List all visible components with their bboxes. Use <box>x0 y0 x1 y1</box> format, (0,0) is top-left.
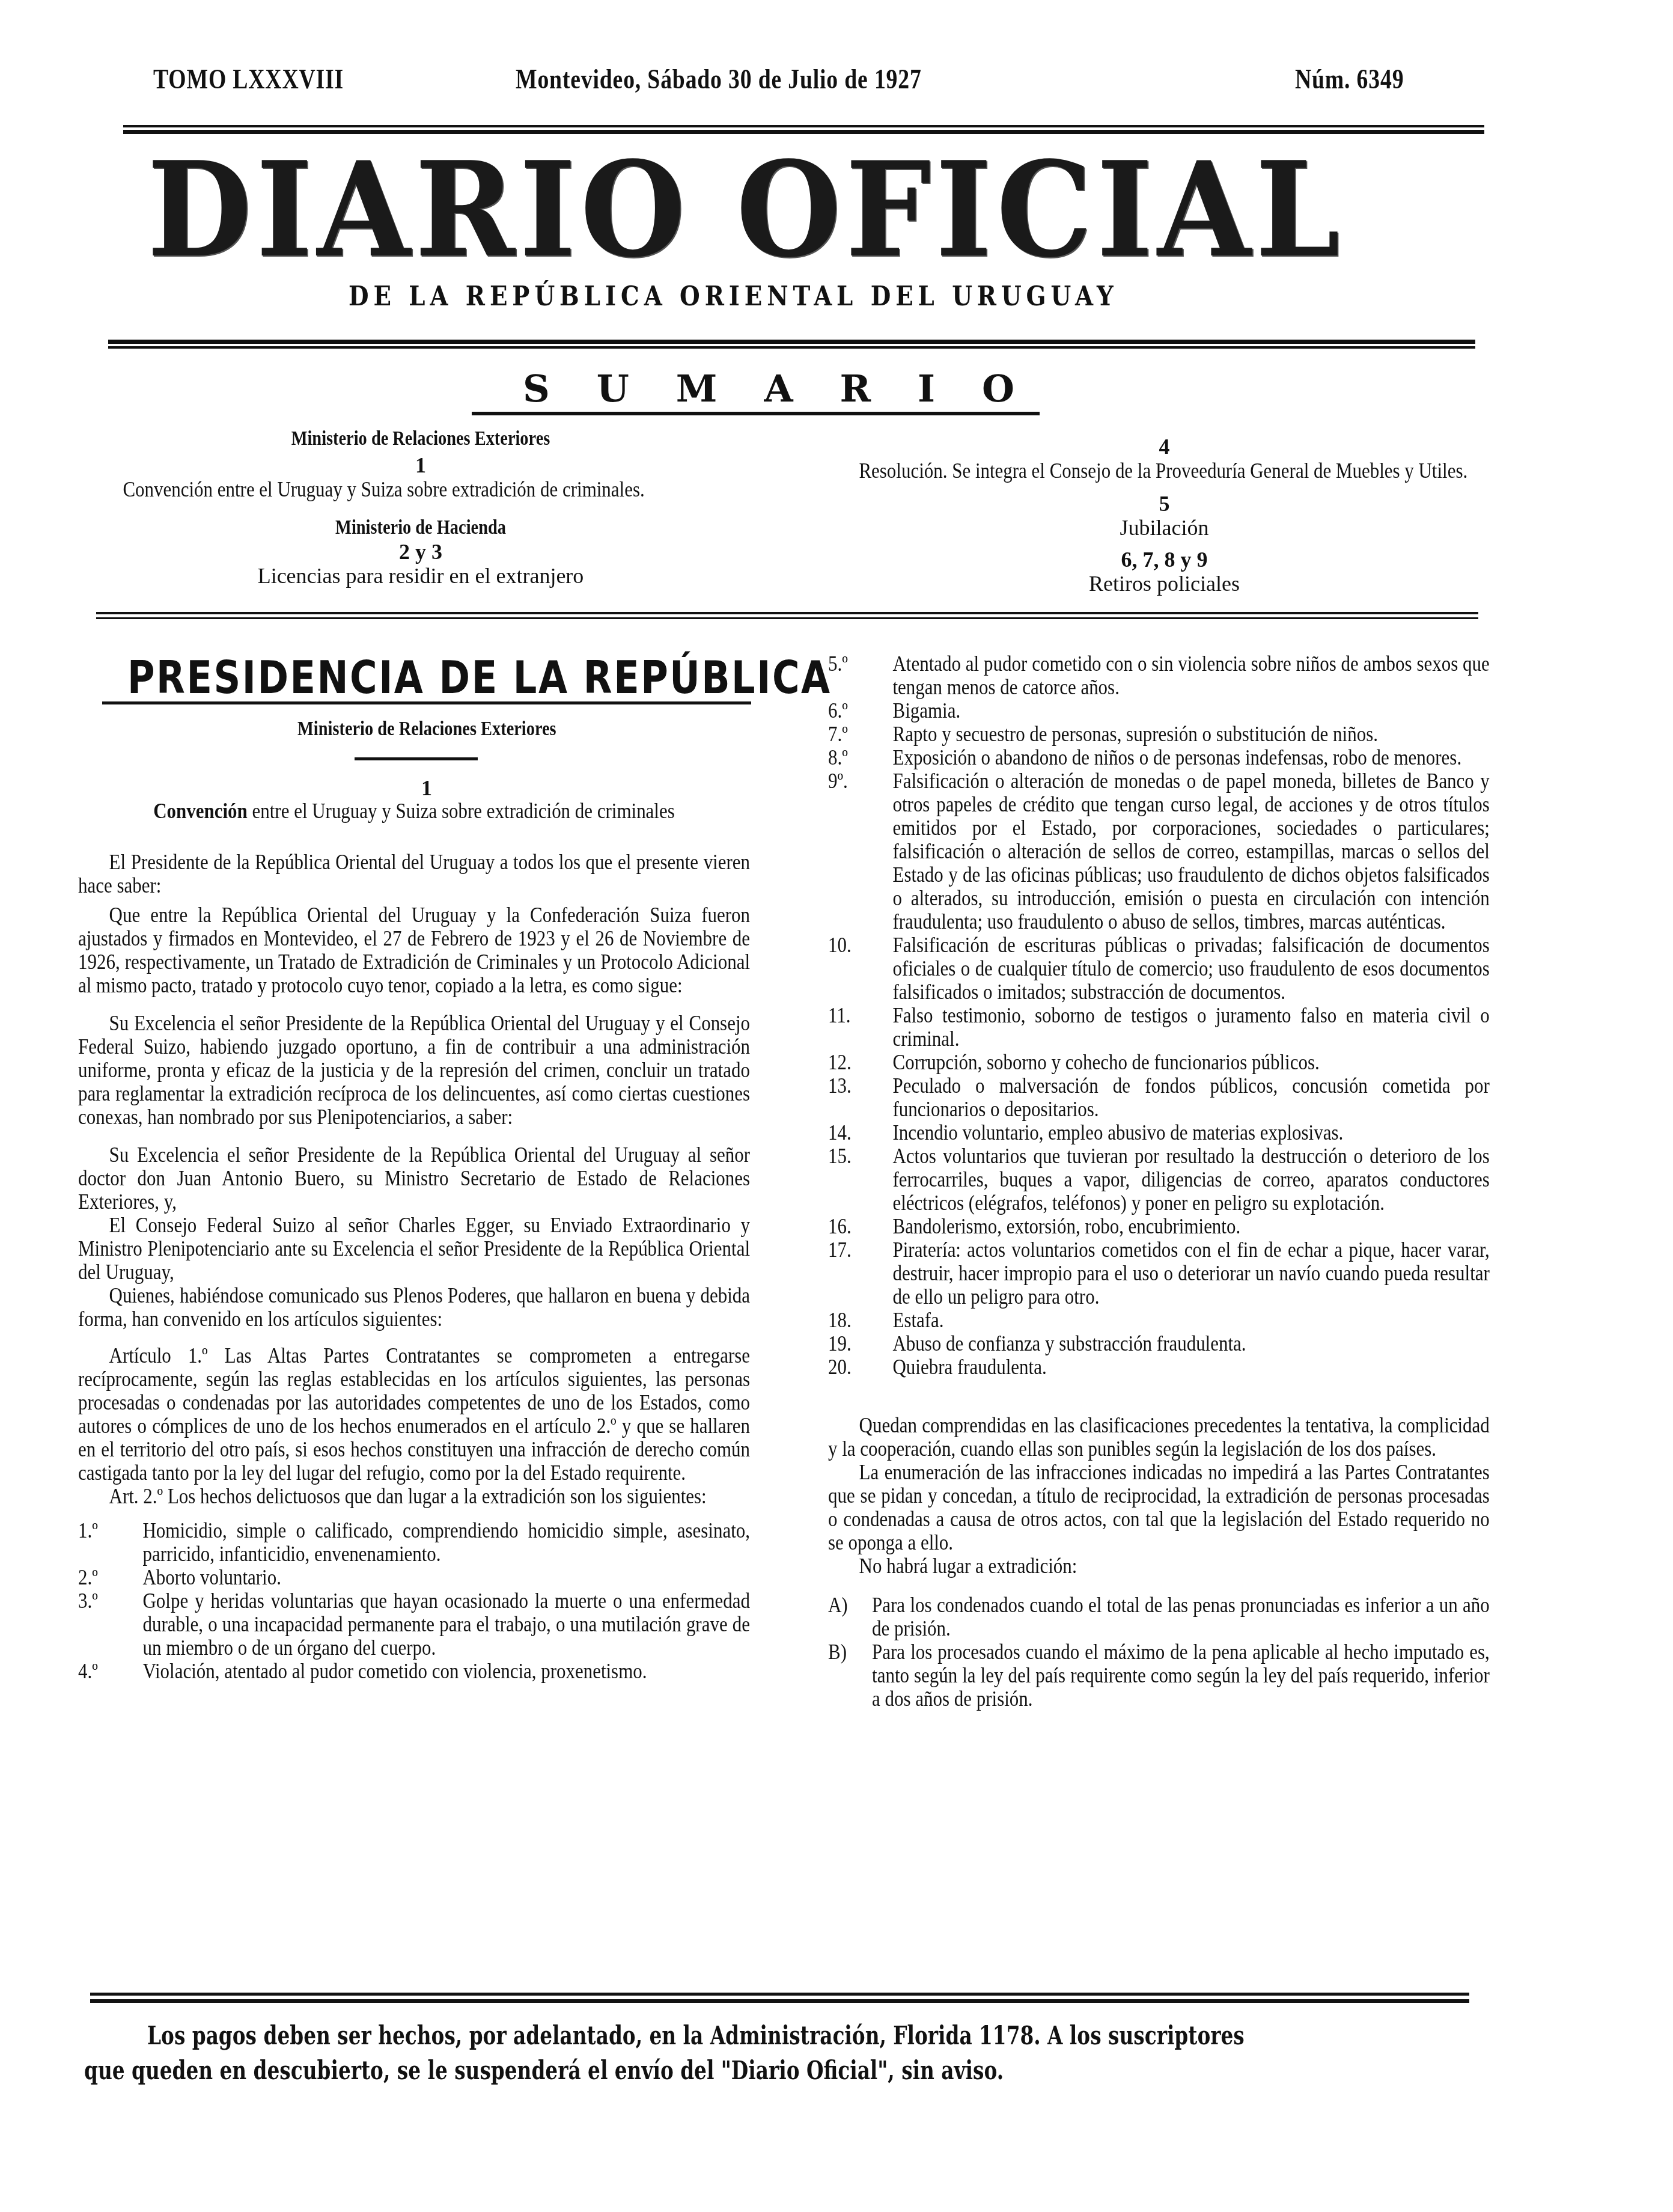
sumario-ministry: Ministerio de Hacienda <box>147 517 695 539</box>
item-label: A) <box>828 1593 848 1617</box>
item-label: 3.º <box>78 1589 98 1613</box>
item-text: Corrupción, soborno y cohecho de funcion… <box>893 1050 1320 1074</box>
item-text: Abuso de confianza y substracción fraudu… <box>893 1331 1246 1355</box>
sumario-item-number: 1 <box>102 453 739 478</box>
list-item: 19.Abuso de confianza y substracción fra… <box>828 1332 1490 1355</box>
sumario-item-number: 2 y 3 <box>102 539 739 564</box>
left-column: El Presidente de la República Oriental d… <box>78 851 750 1683</box>
section-ministry-text: Ministerio de Relaciones Exteriores <box>297 718 556 741</box>
list-item: 18.Estafa. <box>828 1309 1490 1332</box>
sumario-item-number: 4 <box>838 434 1490 459</box>
item-label: 8.º <box>828 746 848 769</box>
masthead-bottom-rule-thin <box>108 346 1475 349</box>
item-text: Para los procesados cuando el máximo de … <box>872 1640 1490 1711</box>
item-text: Falsificación o alteración de monedas o … <box>893 769 1490 933</box>
sumario-right: 4 Resolución. Se integra el Consejo de l… <box>838 434 1490 596</box>
list-item: 20.Quiebra fraudulenta. <box>828 1355 1490 1379</box>
sumario-item-link[interactable]: Jubilación <box>838 516 1490 540</box>
item-text: Para los condenados cuando el total de l… <box>872 1593 1490 1640</box>
list-item: 4.ºViolación, atentado al pudor cometido… <box>78 1660 750 1683</box>
item-text: Incendio voluntario, empleo abusivo de m… <box>893 1120 1344 1144</box>
item-text: Estafa. <box>893 1308 944 1332</box>
paragraph: La enumeración de las infracciones indic… <box>828 1461 1490 1554</box>
item-text: Bandolerismo, extorsión, robo, encubrimi… <box>893 1214 1241 1238</box>
list-item: 2.ºAborto voluntario. <box>78 1566 750 1589</box>
list-item: 7.ºRapto y secuestro de personas, supres… <box>828 723 1490 746</box>
sumario-ministry: Ministerio de Relaciones Exteriores <box>147 428 695 450</box>
list-item: 15.Actos voluntarios que tuvieran por re… <box>828 1144 1490 1215</box>
list-item: 17.Piratería: actos voluntarios cometido… <box>828 1238 1490 1309</box>
short-divider <box>355 757 478 760</box>
footer-notice-line2: que queden en descubierto, se le suspend… <box>84 2056 1004 2085</box>
sumario-underline <box>472 412 1040 415</box>
list-item: 12.Corrupción, soborno y cohecho de func… <box>828 1051 1490 1074</box>
item-label: 5.º <box>828 652 848 676</box>
item-text: Actos voluntarios que tuvieran por resul… <box>893 1144 1490 1215</box>
section-ministry: Ministerio de Relaciones Exteriores <box>102 718 751 741</box>
item-label: 11. <box>828 1004 851 1027</box>
item-label: 18. <box>828 1309 852 1332</box>
item-text: Homicidio, simple o calificado, comprend… <box>143 1518 751 1566</box>
list-item: 11.Falso testimonio, soborno de testigos… <box>828 1004 1490 1051</box>
item-label: 7.º <box>828 723 848 746</box>
item-title-bold: Convención <box>153 799 248 823</box>
issue-number: Núm. 6349 <box>1295 63 1404 95</box>
newspaper-subtitle: DE LA REPÚBLICA ORIENTAL DEL URUGUAY <box>349 281 1118 312</box>
sumario-item-link[interactable]: Retiros policiales <box>838 572 1490 596</box>
item-text: Quiebra fraudulenta. <box>893 1355 1047 1379</box>
section-heading: PRESIDENCIA DE LA REPÚBLICA <box>127 652 832 704</box>
item-text: Exposición o abandono de niños o de pers… <box>893 745 1462 769</box>
list-item: 10.Falsificación de escrituras públicas … <box>828 933 1490 1004</box>
item-label: 1.º <box>78 1519 98 1542</box>
sumario-bottom-rule-thin <box>96 617 1478 619</box>
paragraph: Art. 2.º Los hechos delictuosos que dan … <box>78 1485 750 1508</box>
sumario-item-number: 5 <box>838 491 1490 516</box>
list-item: 5.ºAtentado al pudor cometido con o sin … <box>828 652 1490 699</box>
paragraph: El Presidente de la República Oriental d… <box>78 851 750 897</box>
offense-list: 5.ºAtentado al pudor cometido con o sin … <box>828 652 1490 1379</box>
list-item: 3.ºGolpe y heridas voluntarias que hayan… <box>78 1589 750 1660</box>
item-text: Aborto voluntario. <box>143 1565 281 1589</box>
paragraph: Quedan comprendidas en las clasificacion… <box>828 1414 1490 1461</box>
volume-number: TOMO LXXXVIII <box>153 63 344 95</box>
paragraph: Que entre la República Oriental del Urug… <box>78 903 750 997</box>
item-label: 17. <box>828 1238 852 1262</box>
sumario-item-number: 6, 7, 8 y 9 <box>838 547 1490 572</box>
exception-list: A)Para los condenados cuando el total de… <box>828 1593 1490 1711</box>
item-label: 15. <box>828 1144 852 1168</box>
paragraph: Quienes, habiéndose comunicado sus Pleno… <box>78 1284 750 1331</box>
item-text: Violación, atentado al pudor cometido co… <box>143 1659 647 1683</box>
item-label: B) <box>828 1640 847 1664</box>
item-text: Bigamia. <box>893 698 961 723</box>
item-label: 13. <box>828 1074 852 1098</box>
item-title-rest: entre el Uruguay y Suiza sobre extradici… <box>248 799 675 823</box>
item-label: 12. <box>828 1051 852 1074</box>
list-item: 6.ºBigamia. <box>828 699 1490 723</box>
section-heading-rule <box>102 701 751 704</box>
masthead-bottom-rule <box>108 340 1475 344</box>
item-label: 20. <box>828 1355 852 1379</box>
paragraph: No habrá lugar a extradición: <box>828 1554 1490 1578</box>
item-label: 6.º <box>828 699 848 723</box>
footer-rule-thick <box>90 1999 1469 2003</box>
item-number: 1 <box>102 775 751 801</box>
list-item: B)Para los procesados cuando el máximo d… <box>828 1640 1490 1711</box>
paragraph: Su Excelencia el señor Presidente de la … <box>78 1012 750 1129</box>
item-text: Falso testimonio, soborno de testigos o … <box>893 1003 1490 1051</box>
item-label: 10. <box>828 933 852 957</box>
list-item: A)Para los condenados cuando el total de… <box>828 1593 1490 1640</box>
sumario-left: Ministerio de Relaciones Exteriores 1 Co… <box>102 428 739 588</box>
item-text: Falsificación de escrituras públicas o p… <box>893 933 1490 1004</box>
masthead-top-rule <box>123 125 1484 127</box>
list-item: 9º.Falsificación o alteración de monedas… <box>828 769 1490 933</box>
item-text: Piratería: actos voluntarios cometidos c… <box>893 1238 1490 1309</box>
sumario-bottom-rule <box>96 612 1478 614</box>
item-text: Golpe y heridas voluntarias que hayan oc… <box>143 1589 751 1660</box>
paragraph: Su Excelencia el señor Presidente de la … <box>78 1143 750 1214</box>
list-item: 1.ºHomicidio, simple o calificado, compr… <box>78 1519 750 1566</box>
item-label: 9º. <box>828 769 848 793</box>
sumario-item-link[interactable]: Convención entre el Uruguay y Suiza sobr… <box>102 478 738 501</box>
paragraph: El Consejo Federal Suizo al señor Charle… <box>78 1214 750 1284</box>
sumario-item-link[interactable]: Resolución. Se integra el Consejo de la … <box>838 459 1490 483</box>
list-item: 8.ºExposición o abandono de niños o de p… <box>828 746 1490 769</box>
item-text: Rapto y secuestro de personas, supresión… <box>893 722 1378 746</box>
list-item: 13.Peculado o malversación de fondos púb… <box>828 1074 1490 1121</box>
item-label: 19. <box>828 1332 852 1355</box>
dateline: Montevideo, Sábado 30 de Julio de 1927 <box>516 63 922 95</box>
item-title: Convención entre el Uruguay y Suiza sobr… <box>78 799 750 823</box>
item-label: 14. <box>828 1121 852 1144</box>
list-item: 14.Incendio voluntario, empleo abusivo d… <box>828 1121 1490 1144</box>
list-item: 16.Bandolerismo, extorsión, robo, encubr… <box>828 1215 1490 1238</box>
sumario-heading: SUMARIO <box>523 367 1061 411</box>
item-label: 4.º <box>78 1660 98 1683</box>
offense-list: 1.ºHomicidio, simple o calificado, compr… <box>78 1519 750 1683</box>
paragraph: Artículo 1.º Las Altas Partes Contratant… <box>78 1344 750 1485</box>
footer-notice-line1: Los pagos deben ser hechos, por adelanta… <box>147 2021 1245 2050</box>
item-label: 2.º <box>78 1566 98 1589</box>
newspaper-title: DIARIO OFICIAL <box>147 144 1344 275</box>
footer-rule <box>90 1993 1469 1996</box>
right-column: 5.ºAtentado al pudor cometido con o sin … <box>828 652 1490 1711</box>
item-text: Peculado o malversación de fondos públic… <box>893 1074 1490 1121</box>
item-text: Atentado al pudor cometido con o sin vio… <box>893 652 1490 699</box>
item-label: 16. <box>828 1215 852 1238</box>
sumario-item-link[interactable]: Licencias para residir en el extranjero <box>102 564 739 588</box>
